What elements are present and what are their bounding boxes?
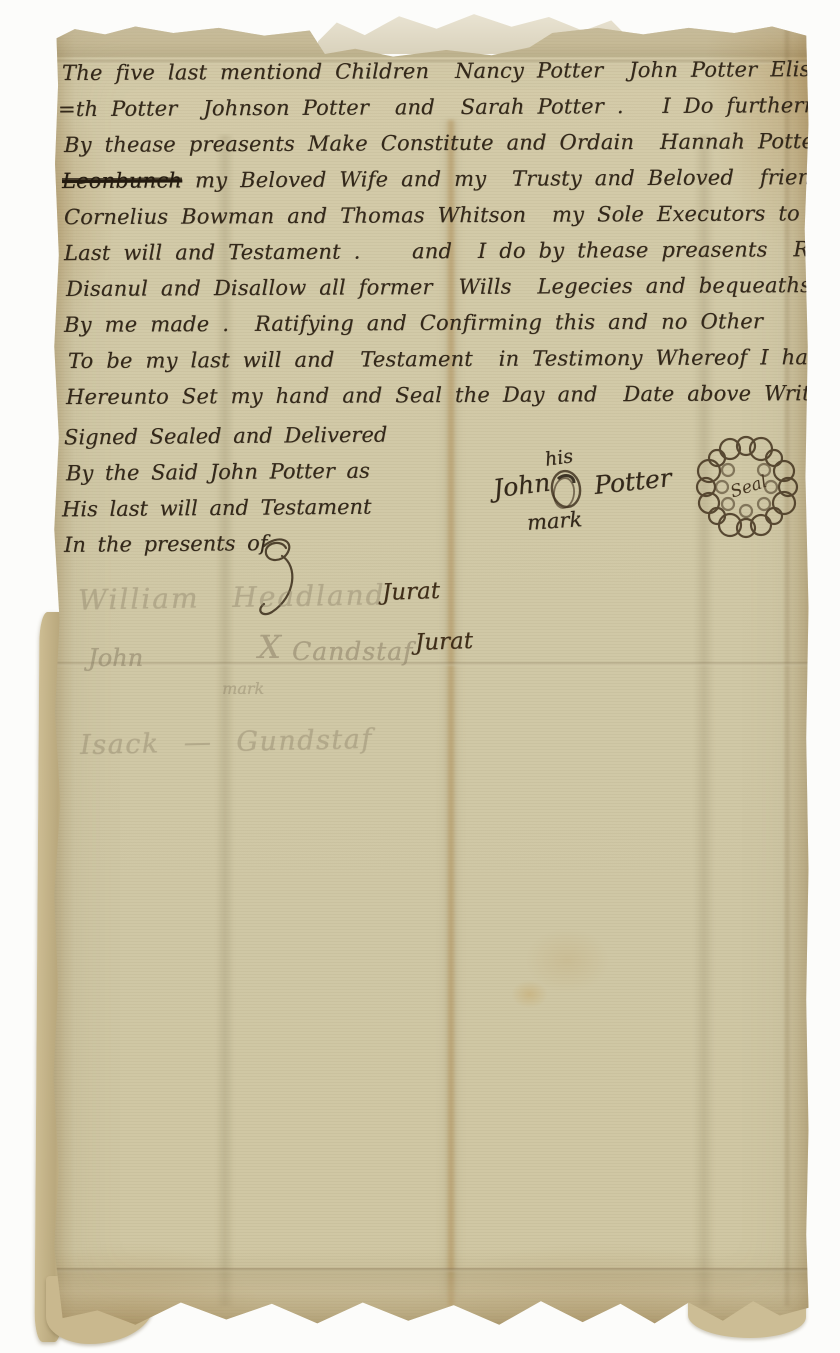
fold-crease-vertical-left: [216, 135, 234, 1306]
witness-signature-3: Isack — Gundstaf: [80, 725, 373, 761]
signature-first-name: John: [492, 469, 552, 503]
attestation-line-1: Signed Sealed and Delivered: [64, 424, 387, 450]
signature-mark-word: mark: [526, 508, 583, 535]
will-line-10: Hereunto Set my hand and Seal the Day an…: [66, 382, 840, 409]
will-line-8: By me made . Ratifying and Confirming th…: [64, 310, 763, 337]
attestation-line-2: By the Said John Potter as: [66, 460, 370, 486]
witness-2-mark-word: mark: [222, 680, 264, 698]
will-line-7: Disanul and Disallow all former Wills Le…: [66, 274, 811, 301]
scan-background: The five last mentiond Children Nancy Po…: [0, 0, 840, 1353]
struck-out-word: Leonbunch: [62, 168, 182, 193]
will-line-9: To be my last will and Testament in Test…: [68, 346, 833, 373]
will-line-3: By thease preasents Make Constitute and …: [64, 130, 825, 157]
witness-signature-1: William Headland: [78, 580, 386, 616]
witness-2-cross-mark: X: [258, 630, 281, 665]
will-line-1: The five last mentiond Children Nancy Po…: [62, 58, 837, 85]
fold-crease-middle: [52, 662, 810, 666]
will-line-4: Leonbunch my Beloved Wife and my Trusty …: [62, 166, 836, 193]
will-line-2: =th Potter Johnson Potter and Sarah Pott…: [58, 94, 840, 121]
attestation-line-4: In the presents of: [64, 532, 268, 557]
will-line-6: Last will and Testament . and I do by th…: [64, 238, 840, 265]
witness-jurat-2: Jurat: [415, 629, 474, 656]
witness-2-surname: Candstaf: [292, 638, 413, 666]
signature-last-name: Potter: [593, 464, 673, 499]
witness-jurat-1: Jurat: [382, 579, 441, 606]
will-line-4-text: my Beloved Wife and my Trusty and Belove…: [195, 165, 836, 192]
witness-2-given-name: John: [88, 645, 143, 671]
hand-drawn-seal: Seal: [688, 425, 808, 555]
attestation-line-3: His last will and Testament: [62, 496, 372, 522]
manuscript-sheet: The five last mentiond Children Nancy Po…: [52, 20, 810, 1326]
will-line-5: Cornelius Bowman and Thomas Whitson my S…: [64, 202, 840, 229]
